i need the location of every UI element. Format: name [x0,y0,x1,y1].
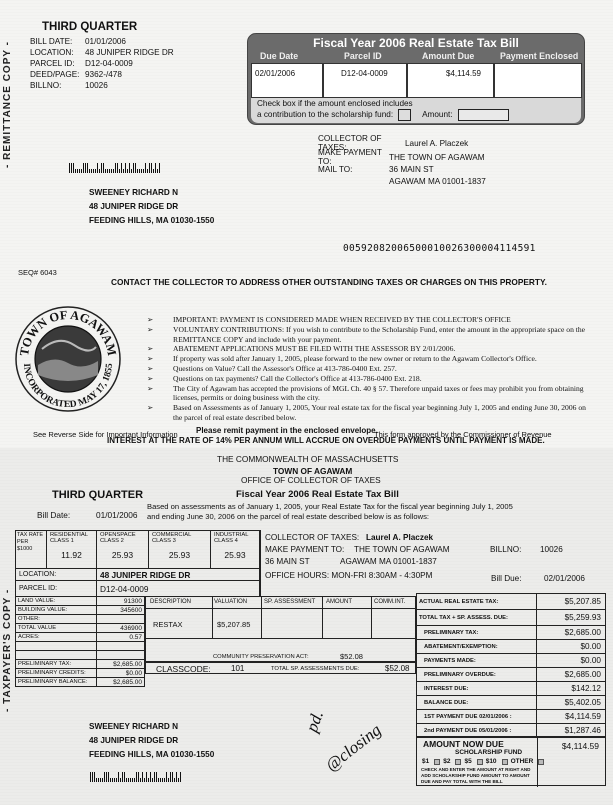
scholarship-contribution-area: Check box if the amount enclosed include… [251,98,581,123]
scholarship-option-checkbox[interactable] [455,759,461,765]
header-parcel-id: Parcel ID [344,51,382,61]
mail-line2: AGAWAM MA 01001-1837 [389,177,486,186]
scholarship-option-checkbox[interactable] [434,759,440,765]
billno-row: BILLNO:10026 [30,80,174,91]
notice-item: ➢The City of Agawam has accepted the pro… [147,384,597,404]
remittance-fields: BILL DATE:01/01/2006 LOCATION:48 JUNIPER… [30,36,174,91]
scholarship-option-checkbox[interactable] [538,759,544,765]
summary-row: INTEREST DUE:$142.12 [417,682,606,696]
remittance-collector-info: COLLECTOR OF TAXES:Laurel A. Placzek MAK… [318,137,486,187]
bill-due-value: 02/01/2006 [544,574,585,583]
tax-rate-table: TAX RATE PER $1000 RESIDENTIAL CLASS 111… [15,530,260,569]
summary-row: BALANCE DUE:$5,402.05 [417,696,606,710]
scholarship-checkbox[interactable] [398,109,411,121]
cpa-label: COMMUNITY PRESERVATION ACT: [213,654,309,660]
value-row [16,642,145,651]
value-row: LAND VALUE:91300 [16,597,145,606]
col-comm-int: COMM.INT. [374,599,405,605]
remittance-addressee: SWEENEY RICHARD N 48 JUNIPER RIDGE DR FE… [89,186,214,228]
scholarship-line2: a contribution to the scholarship fund: [257,110,393,120]
scholarship-option-label: $1 [422,758,429,765]
bill-date-value: 01/01/2006 [96,510,138,520]
deed-page-row: DEED/PAGE:9362-/478 [30,69,174,80]
col-valuation: VALUATION [214,599,247,605]
commonwealth-heading: THE COMMONWEALTH OF MASSACHUSETTS [217,454,398,464]
addressee-street-2: 48 JUNIPER RIDGE DR [89,734,214,748]
arrow-bullet-icon: ➢ [147,354,173,364]
summary-row: TOTAL TAX + SP. ASSESS. DUE:$5,259.93 [417,610,606,626]
value-row: TOTAL VALUE436900 [16,624,145,633]
scholarship-option-checkbox[interactable] [477,759,483,765]
interest-notice: INTEREST AT THE RATE OF 14% PER ANNUM WI… [107,436,545,445]
taxpayer-bill-title: Fiscal Year 2006 Real Estate Tax Bill [236,489,399,500]
total-sp-label: TOTAL SP. ASSESSMENTS DUE: [271,666,359,672]
value-row: BUILDING VALUE:345600 [16,606,145,615]
bill-date-value: 01/01/2006 [85,37,126,46]
summary-row: 1ST PAYMENT DUE 02/01/2006 :$4,114.59 [417,710,606,724]
arrow-bullet-icon: ➢ [147,403,173,423]
col-amount: AMOUNT [326,599,352,605]
header-amount-due: Amount Due [422,51,474,61]
total-sp-amount: $52.08 [385,664,409,673]
collector-name: Laurel A. Placzek [405,139,468,148]
addressee-street: 48 JUNIPER RIDGE DR [89,200,214,214]
scholarship-option-checkbox[interactable] [502,759,508,765]
summary-row: PRELIMINARY TAX:$2,685.00 [417,626,606,640]
header-payment-enclosed: Payment Enclosed [500,51,578,61]
deed-page-value: 9362-/478 [85,70,122,79]
taxpayer-addressee: SWEENEY RICHARD N 48 JUNIPER RIDGE DR FE… [89,720,214,762]
rate-class-1: RESIDENTIAL CLASS 111.92 [47,531,97,569]
billno-label: BILLNO: [490,545,521,554]
remittance-copy-side-label: - REMITTANCE COPY - [2,41,13,168]
town-seal-icon: TOWN OF AGAWAM INCORPORATED MAY 17, 1855 [14,305,122,413]
assessment-valuation: $5,207.85 [217,620,250,629]
classcode-label: CLASSCODE: [156,664,211,674]
scholarship-options: $1$2$5$10OTHER [422,758,544,765]
scholarship-option-label: $2 [443,758,450,765]
make-payment-label-2: MAKE PAYMENT TO: [265,545,344,554]
important-notices: ➢IMPORTANT: PAYMENT IS CONSIDERED MADE W… [147,315,597,423]
office-heading: OFFICE OF COLLECTOR OF TAXES [241,475,381,485]
payment-enclosed-field[interactable] [494,63,582,98]
location-value: 48 JUNIPER RIDGE DR [97,569,260,581]
bill-date-row: BILL DATE:01/01/2006 [30,36,174,47]
scholarship-instructions: CHECK AND ENTER THE AMOUNT AT RIGHT AND … [421,767,534,786]
amount-label: Amount: [422,110,453,120]
notice-item: ➢If property was sold after January 1, 2… [147,354,597,364]
rate-class-4: INDUSTRIAL CLASS 425.93 [211,531,260,569]
collector-address: 36 MAIN ST [265,557,310,566]
notice-item: ➢IMPORTANT: PAYMENT IS CONSIDERED MADE W… [147,315,597,325]
value-row: OTHER: [16,615,145,624]
parcel-value: D12-04-0009 [97,581,260,597]
arrow-bullet-icon: ➢ [147,315,173,325]
notice-item: ➢Based on Assessments as of January 1, 2… [147,403,597,423]
notice-item: ➢Questions on Value? Call the Assessor's… [147,364,597,374]
ocr-scanline: 00592082006500010026300004114591 [343,243,536,254]
make-payment-label: MAKE PAYMENT TO: [318,148,389,166]
addressee-name-2: SWEENEY RICHARD N [89,720,214,734]
amount-now-due-box: AMOUNT NOW DUE $4,114.59 SCHOLARSHIP FUN… [416,736,606,786]
cpa-amount: $52.08 [340,652,363,661]
summary-row: ACTUAL REAL ESTATE TAX:$5,207.85 [417,594,606,610]
tax-summary-table: ACTUAL REAL ESTATE TAX:$5,207.85TOTAL TA… [416,593,606,738]
scholarship-line1: Check box if the amount enclosed include… [257,99,575,109]
notice-item: ➢VOLUNTARY CONTRIBUTIONS: If you wish to… [147,325,597,345]
addressee-city: FEEDING HILLS, MA 01030-1550 [89,214,214,228]
collector-label-2: COLLECTOR OF TAXES: [265,533,359,542]
rate-class-2: OPENSPACE CLASS 225.93 [97,531,149,569]
scholarship-option-label: $10 [486,758,497,765]
value-row: PRELIMINARY TAX:$2,685.00 [16,660,145,669]
bill-due-label: Bill Due: [491,574,522,583]
rate-class-3: COMMERCIAL CLASS 325.93 [149,531,211,569]
summary-row: ABATEMENT/EXEMPTION:$0.00 [417,640,606,654]
location-row: LOCATION:48 JUNIPER RIDGE DR [30,47,174,58]
arrow-bullet-icon: ➢ [147,374,173,384]
bill-date-label: Bill Date: [37,510,70,520]
make-payment-value: THE TOWN OF AGAWAM [389,153,485,162]
scholarship-option-label: OTHER [511,758,534,765]
value-row: PRELIMINARY CREDITS:$0.00 [16,669,145,678]
collector-name-2: Laurel A. Placzek [366,533,433,542]
notice-item: ➢Questions on tax payments? Call the Col… [147,374,597,384]
value-row: ACRES:0.57 [16,633,145,642]
scholarship-fund-title: SCHOLARSHIP FUND [455,749,522,756]
arrow-bullet-icon: ➢ [147,364,173,374]
office-hours: OFFICE HOURS: MON-FRI 8:30AM - 4:30PM [265,571,432,580]
parcel-id-cell: D12-04-0009 [323,63,407,98]
sequence-number: SEQ# 6043 [18,268,57,277]
addressee-name: SWEENEY RICHARD N [89,186,214,200]
billno-value: 10026 [85,81,108,90]
postal-barcode [69,163,160,173]
bill-box-title: Fiscal Year 2006 Real Estate Tax Bill [248,36,584,50]
col-description: DESCRIPTION [150,599,191,605]
scholarship-option-label: $5 [464,758,471,765]
arrow-bullet-icon: ➢ [147,344,173,354]
scholarship-amount-field[interactable] [458,109,509,121]
addressee-city-2: FEEDING HILLS, MA 01030-1550 [89,748,214,762]
remit-envelope-note: Please remit payment in the enclosed env… [196,426,378,435]
summary-row: PAYMENTS MADE:$0.00 [417,654,606,668]
due-date-cell: 02/01/2006 [251,63,323,98]
tax-rate-label: TAX RATE PER $1000 [16,531,47,569]
mail-to-label: MAIL TO: [318,165,389,174]
amount-now-due-label: AMOUNT NOW DUE [423,739,504,749]
collector-city: AGAWAM MA 01001-1837 [340,557,437,566]
location-label: LOCATION: [16,569,97,581]
property-values-table: LAND VALUE:91300BUILDING VALUE:345600OTH… [15,596,145,687]
postal-barcode-2 [90,772,181,782]
header-due-date: Due Date [260,51,298,61]
mail-line1: 36 MAIN ST [389,165,434,174]
remittance-quarter: THIRD QUARTER [42,21,137,33]
arrow-bullet-icon: ➢ [147,325,173,345]
assessment-description: RESTAX [153,620,182,629]
make-payment-value-2: THE TOWN OF AGAWAM [354,545,450,554]
contact-collector-notice: CONTACT THE COLLECTOR TO ADDRESS OTHER O… [111,277,547,287]
notice-item: ➢ABATEMENT APPLICATIONS MUST BE FILED WI… [147,344,597,354]
amount-now-due-value: $4,114.59 [562,741,599,751]
col-sp-assessment: SP. ASSESSMENT [264,599,315,605]
fiscal-year-bill-box: Fiscal Year 2006 Real Estate Tax Bill Du… [247,33,585,125]
taxpayer-quarter: THIRD QUARTER [52,489,143,501]
value-row: PRELIMINARY BALANCE:$2,685.00 [16,678,145,687]
summary-row: PRELIMINARY OVERDUE:$2,685.00 [417,668,606,682]
classcode-value: 101 [231,664,244,673]
assessment-intro: Based on assessments as of January 1, 20… [147,502,513,522]
location-value: 48 JUNIPER RIDGE DR [85,48,174,57]
arrow-bullet-icon: ➢ [147,384,173,404]
town-seal: TOWN OF AGAWAM INCORPORATED MAY 17, 1855 [14,305,122,413]
parcel-label: PARCEL ID: [16,581,97,597]
location-parcel-table: LOCATION:48 JUNIPER RIDGE DR PARCEL ID:D… [15,568,260,597]
parcel-row: PARCEL ID:D12-04-0009 [30,58,174,69]
amount-due-cell: $4,114.59 [407,63,494,98]
value-row [16,651,145,660]
billno-value-2: 10026 [540,545,563,554]
parcel-value: D12-04-0009 [85,59,133,68]
